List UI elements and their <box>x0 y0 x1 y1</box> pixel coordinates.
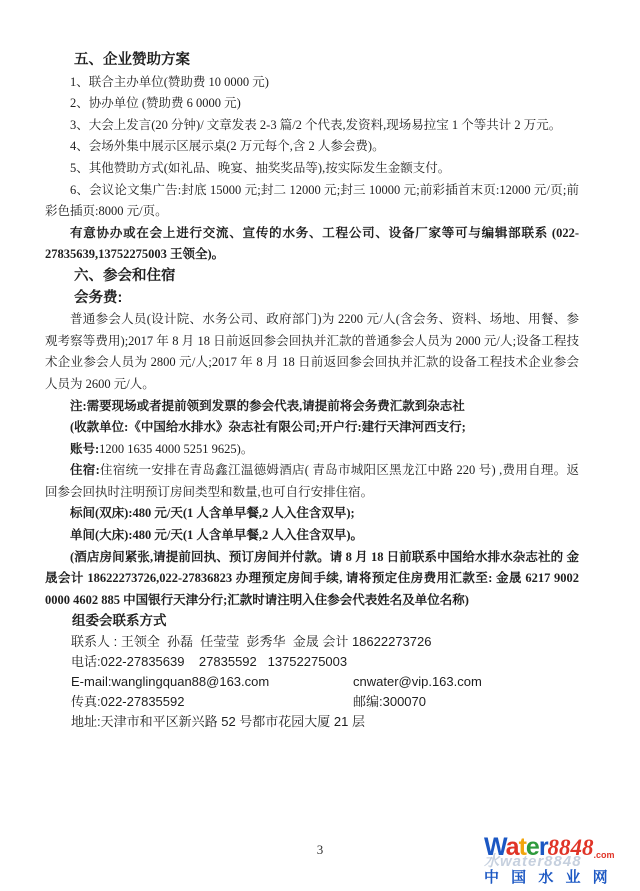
contact-person-line: 联系人 : 王领全 孙磊 任莹莹 彭秀华 金晟 会计 18622273726 <box>45 632 579 652</box>
logo-tld: .com <box>594 843 615 867</box>
room-rate-double: 标间(双床):480 元/天(1 人含单早餐,2 人入住含双早); <box>45 503 579 525</box>
logo-letter: W <box>484 833 506 861</box>
email-primary: E-mail:wanglingquan88@163.com <box>71 674 269 689</box>
sponsor-item: 3、大会上发言(20 分钟)/ 文章发表 2-3 篇/2 个代表,发资料,现场易… <box>45 115 579 137</box>
logo-wordmark: Water8848.com <box>484 835 634 864</box>
fax-number: 传真:022-27835592 <box>71 694 184 709</box>
address-line: 地址:天津市和平区新兴路 52 号都市花园大厦 21 层 <box>45 712 579 732</box>
committee-title: 组委会联系方式 <box>45 611 579 631</box>
logo-letter: t <box>519 833 526 861</box>
account-label: 账号: <box>70 442 99 456</box>
hotel-booking-note: (酒店房间紧张,请提前回执、预订房间并付款。请 8 月 18 日前联系中国给水排… <box>45 547 579 612</box>
sponsor-item: 4、会场外集中展示区展示桌(2 万元每个,含 2 人参会费)。 <box>45 136 579 158</box>
email-secondary: cnwater@vip.163.com <box>327 672 482 692</box>
lodging-paragraph: 住宿:住宿统一安排在青岛鑫江温德姆酒店( 青岛市城阳区黑龙江中路 220 号) … <box>45 460 579 503</box>
sponsor-item: 6、会议论文集广告:封底 15000 元;封二 12000 元;封三 10000… <box>45 180 579 223</box>
logo-letter: e <box>526 833 539 861</box>
room-rate-single: 单间(大床):480 元/天(1 人含单早餐,2 人入住含双早)。 <box>45 525 579 547</box>
account-line: 账号:1200 1635 4000 5251 9625)。 <box>45 439 579 461</box>
logo-subtitle: 中 国 水 业 网 <box>484 866 634 887</box>
lodging-text: 住宿统一安排在青岛鑫江温德姆酒店( 青岛市城阳区黑龙江中路 220 号) ,费用… <box>45 463 579 499</box>
sponsor-section-title: 五、企业赞助方案 <box>45 50 579 72</box>
sponsor-item: 5、其他赞助方式(如礼品、晚宴、抽奖奖品等),按实际发生金额支付。 <box>45 158 579 180</box>
fee-paragraph: 普通参会人员(设计院、水务公司、政府部门)为 2200 元/人(含会务、资料、场… <box>45 309 579 395</box>
committee-contact-block: 组委会联系方式 联系人 : 王领全 孙磊 任莹莹 彭秀华 金晟 会计 18622… <box>45 611 579 732</box>
sponsor-item: 1、联合主办单位(赞助费 10 0000 元) <box>45 72 579 94</box>
logo-letter: r <box>539 833 548 861</box>
document-content: 五、企业赞助方案 1、联合主办单位(赞助费 10 0000 元) 2、协办单位 … <box>45 50 579 733</box>
email-line: E-mail:wanglingquan88@163.comcnwater@vip… <box>45 672 579 692</box>
attendance-section-title: 六、参会和住宿 <box>45 266 579 288</box>
logo-letter: a <box>506 833 519 861</box>
lodging-label: 住宿: <box>70 463 100 477</box>
site-logo: Water8848.com 水water8848 中 国 水 业 网 <box>484 835 634 889</box>
document-page: 五、企业赞助方案 1、联合主办单位(赞助费 10 0000 元) 2、协办单位 … <box>0 0 640 891</box>
sponsor-contact-note: 有意协办或在会上进行交流、宣传的水务、工程公司、设备厂家等可与编辑部联系 (02… <box>45 223 579 266</box>
logo-number: 8848 <box>548 835 594 860</box>
postal-code: 邮编:300070 <box>327 692 426 712</box>
invoice-note: 注:需要现场或者提前领到发票的参会代表,请提前将会务费汇款到杂志社 <box>45 396 579 418</box>
fax-line: 传真:022-27835592邮编:300070 <box>45 692 579 712</box>
payee-line: (收款单位:《中国给水排水》杂志社有限公司;开户行:建行天津河西支行; <box>45 417 579 439</box>
phone-line: 电话:022-27835639 27835592 13752275003 <box>45 652 579 672</box>
fee-heading: 会务费: <box>45 288 579 310</box>
account-number: 1200 1635 4000 5251 9625)。 <box>99 442 253 456</box>
sponsor-item: 2、协办单位 (赞助费 6 0000 元) <box>45 93 579 115</box>
